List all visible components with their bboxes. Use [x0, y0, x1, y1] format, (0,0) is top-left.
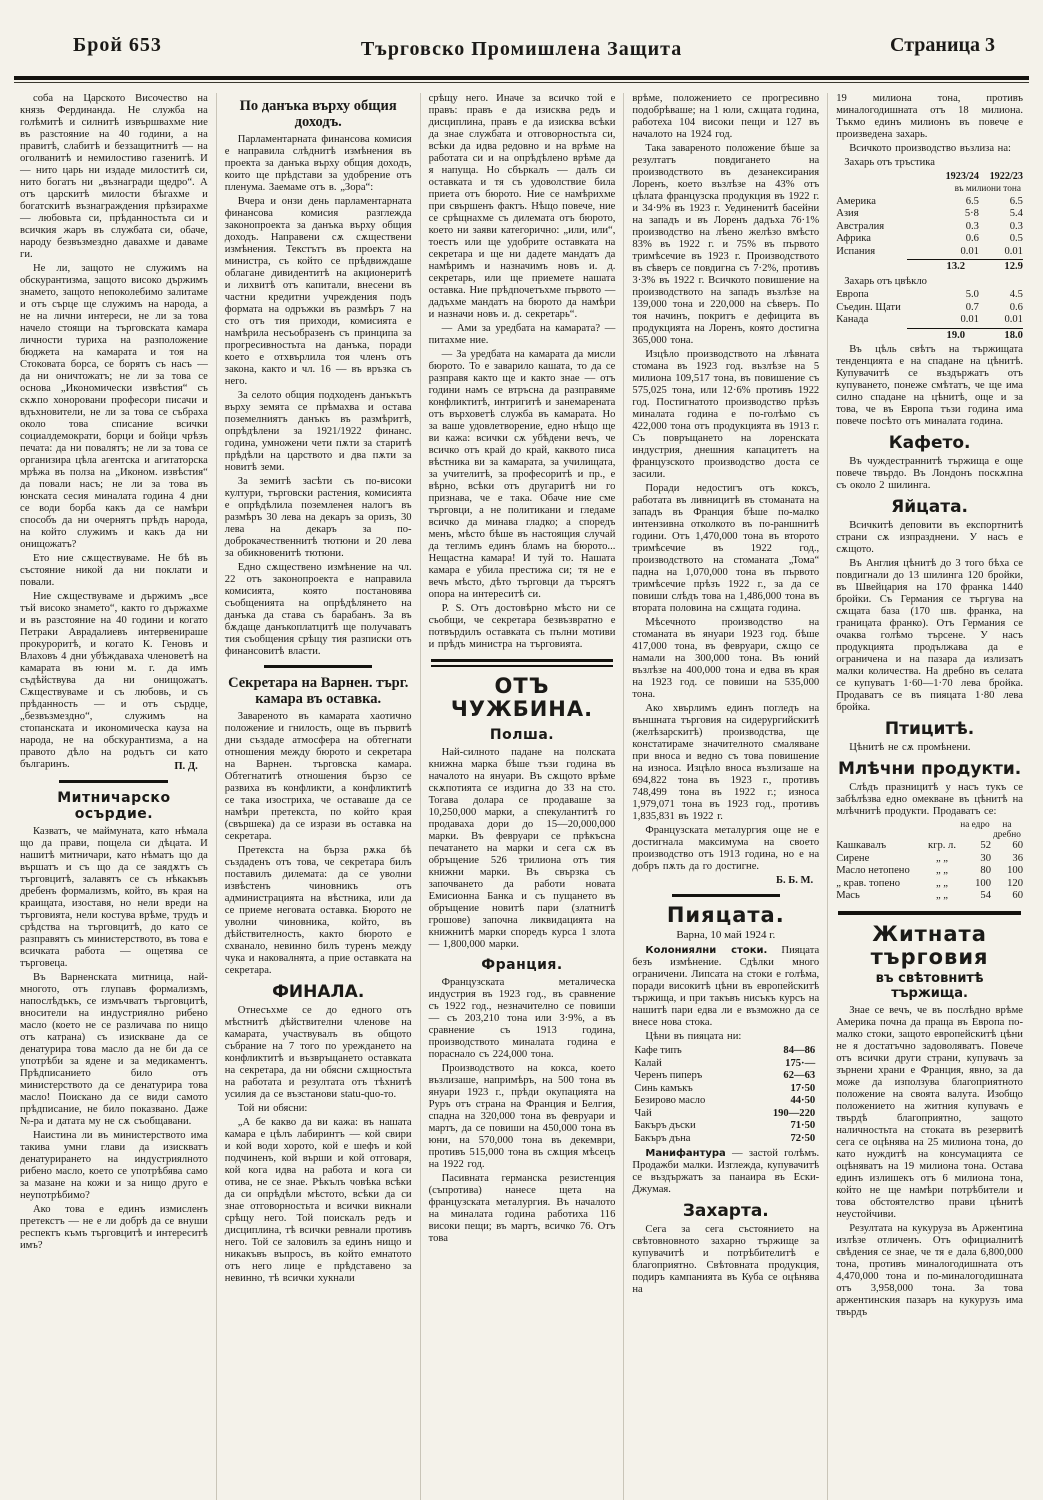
commodity-price: 175·—: [785, 1058, 815, 1071]
commodity-name: Безирово масло: [634, 1095, 705, 1108]
table-row: Африка0.60.5: [836, 233, 1023, 246]
product-name: Масло нетопено: [836, 865, 925, 878]
commodity-name: Бакъръ дъна: [634, 1133, 690, 1146]
value: 0.6: [935, 233, 979, 246]
value: 6.5: [979, 196, 1023, 209]
table-row: Америка6.56.5: [836, 196, 1023, 209]
table-row: „ крав. топено„ „100120: [836, 878, 1023, 891]
paragraph-text: Пияцата безъ измѣнение. Сдѣлки много огр…: [632, 945, 819, 1028]
paragraph: Завареното въ камарата хаотично положени…: [225, 711, 412, 843]
unit: „ „: [925, 865, 959, 878]
paragraph: Всичкото производство възлиза на:: [836, 143, 1023, 155]
table-row: Испания0.010.01: [836, 246, 1023, 259]
table-row: Европа5.04.5: [836, 289, 1023, 302]
subheading-france: Франция.: [429, 957, 616, 973]
subheading-dairy: Млѣчни продукти.: [836, 760, 1023, 779]
paragraph: Производството на кокса, което възлизаше…: [429, 1063, 616, 1171]
article-heading-income-tax: По данъка върху общия доходъ.: [225, 98, 412, 130]
commodity-name: Черенъ пиперъ: [634, 1070, 702, 1083]
paragraph: Ако хвърлимъ единъ погледъ на външната т…: [632, 703, 819, 823]
value: 5·8: [935, 208, 979, 221]
price-row: Чай190—220: [632, 1108, 819, 1121]
value: 52: [959, 840, 991, 853]
price-list-label: Цѣни въ пияцата ни:: [632, 1031, 819, 1043]
article-divider-double-rule: [431, 659, 614, 667]
table-row: Мась„ „5460: [836, 890, 1023, 903]
commodity-price: 84—86: [783, 1045, 815, 1058]
price-row: Калай175·—: [632, 1058, 819, 1071]
value: 0.5: [979, 233, 1023, 246]
dateline: Варна, 10 май 1924 г.: [632, 929, 819, 941]
paragraph: Ако това е единъ измисленъ претекстъ — н…: [20, 1204, 208, 1252]
paragraph: Претекста на бърза рѫка бѣ създаденъ отъ…: [225, 845, 412, 977]
paragraph: P. S. Отъ достовѣрно мѣсто ни се съобщи,…: [429, 603, 616, 651]
article-divider-thick-rule: [838, 911, 1021, 915]
paragraph-colonial-goods: Колониялни стоки. Пияцата безъ измѣнение…: [632, 945, 819, 1029]
section-divider: [59, 780, 168, 783]
commodity-name: Бакъръ дъски: [634, 1120, 695, 1133]
newspaper-title: Търговско Промишлена Защита: [18, 38, 1025, 61]
product-name: „ крав. топено: [836, 878, 925, 891]
table-row: Австралия0.30.3: [836, 221, 1023, 234]
total-value: 19.0: [907, 330, 965, 343]
paragraph: Ето ние сѫществуваме. Не бѣ въ състояние…: [20, 553, 208, 589]
paragraph: Цѣнитѣ не сѫ промѣнени.: [836, 742, 1023, 754]
table-row: Съедин. Щати0.70.6: [836, 302, 1023, 315]
author-signature: Б. Б. М.: [632, 875, 819, 887]
paragraph: Казватъ, че маймуната, като нѣмала що да…: [20, 826, 208, 970]
total-value: 12.9: [965, 261, 1023, 274]
paragraph: Парламентарната финансова комисия е напр…: [225, 134, 412, 194]
table-row: Канада0.010.01: [836, 314, 1023, 327]
column-2: По данъка върху общия доходъ. Парламента…: [216, 93, 420, 1500]
price-row: Кафе типъ84—86: [632, 1045, 819, 1058]
paragraph: „А бе какво да ви кажа: въ нашата камара…: [225, 1117, 412, 1285]
paragraph: Не ли, защото не служимъ на обскурантизм…: [20, 263, 208, 551]
paragraph: Наистина ли въ министерството има такива…: [20, 1130, 208, 1202]
region-name: Америка: [836, 196, 935, 209]
price-list: Кафе типъ84—86 Калай175·— Черенъ пиперъ6…: [632, 1045, 819, 1145]
spacer: [836, 171, 935, 184]
paragraph: Пасивната германска резистенция (съпроти…: [429, 1173, 616, 1245]
sugar-cane-production-table: Захарь отъ тръстика 1923/24 1922/23 въ м…: [836, 157, 1023, 274]
column-4: врѣме, положението се прогресивно подобр…: [623, 93, 827, 1500]
paragraph: За селото общия подходенъ данъкътъ върху…: [225, 390, 412, 474]
subheading-poultry: Птицитѣ.: [836, 720, 1023, 739]
total-value: 13.2: [907, 261, 965, 274]
price-row: Безирово масло44·50: [632, 1095, 819, 1108]
newspaper-page: Брой 653 Търговско Промишлена Защита Стр…: [0, 0, 1043, 1500]
paragraph: Поради недостигъ отъ коксъ, работата въ …: [632, 483, 819, 615]
column-1: соба на Царското Височество на князь Фер…: [12, 93, 216, 1500]
table-unit-note: въ милиони тона: [836, 183, 1023, 196]
paragraph: Слѣдъ празницитѣ у насъ тукъ се забѣлѣзв…: [836, 782, 1023, 818]
value: 100: [959, 878, 991, 891]
paragraph-manufactured-goods: Манифантура — застой голѣмъ. Продажби ма…: [632, 1148, 819, 1196]
paragraph: Вчера и онзи день парламентарната финанс…: [225, 196, 412, 388]
section-divider: [672, 894, 780, 897]
table-total-row: 19.018.0: [907, 328, 1023, 343]
paragraph: Въ Варненската митница, най-многото, отъ…: [20, 972, 208, 1128]
value: 6.5: [935, 196, 979, 209]
paragraph: срѣщу него. Иначе за всичко той е правъ:…: [429, 93, 616, 321]
masthead-rule: [14, 76, 1029, 83]
paragraph: За земитѣ засѣти съ по-високи култури, т…: [225, 476, 412, 560]
paragraph: Французската металургия още не е достигн…: [632, 825, 819, 873]
value: 0.3: [979, 221, 1023, 234]
table-row: Масло нетопено„ „80100: [836, 865, 1023, 878]
paragraph: Така завареното положение бѣше за резулт…: [632, 143, 819, 347]
value: 36: [991, 853, 1023, 866]
value: 60: [991, 840, 1023, 853]
paragraph: Едно сѫществено измѣнение на чл. 22 отъ …: [225, 562, 412, 658]
unit: „ „: [925, 878, 959, 891]
column-3: срѣщу него. Иначе за всичко той е правъ:…: [420, 93, 624, 1500]
section-heading-abroad: ОТЪ ЧУЖБИНА.: [429, 675, 616, 721]
value: 30: [959, 853, 991, 866]
commodity-price: 44·50: [790, 1095, 815, 1108]
year-column-header: 1923/24: [935, 171, 979, 184]
value: 0.01: [979, 246, 1023, 259]
masthead: Брой 653 Търговско Промишлена Защита Стр…: [18, 26, 1025, 72]
paragraph: Всичкитѣ деповити въ експортнитѣ страни …: [836, 520, 1023, 556]
value: 54: [959, 890, 991, 903]
unit: „ „: [925, 853, 959, 866]
section-subheading-grain-trade: въ свѣтовнитѣ тържища.: [836, 971, 1023, 1001]
value: 0.01: [935, 314, 979, 327]
column-header-wholesale: на едро: [959, 820, 991, 840]
paragraph: Отнесъхме се до едного отъ мѣстнитѣ дѣйс…: [225, 1005, 412, 1101]
commodity-name: Кафе типъ: [634, 1045, 681, 1058]
table-total-row: 13.212.9: [907, 259, 1023, 274]
paragraph: — За уредбата на камарата да мисли бюрот…: [429, 349, 616, 601]
unit: „ „: [925, 890, 959, 903]
table-row: Кашкавалъкгр. л.5260: [836, 840, 1023, 853]
sugar-beet-production-table: Захарь отъ цвѣкло Европа5.04.5 Съедин. Щ…: [836, 276, 1023, 343]
table-header: 1923/24 1922/23: [836, 171, 1023, 184]
value: 80: [959, 865, 991, 878]
total-value: 18.0: [965, 330, 1023, 343]
commodity-price: 72·50: [790, 1133, 815, 1146]
product-name: Мась: [836, 890, 925, 903]
paragraph-lead: Колониялни стоки.: [645, 945, 767, 956]
commodity-name: Синь камъкъ: [634, 1083, 692, 1096]
paragraph: Знае се вечъ, че въ послѣдно врѣме Амери…: [836, 1005, 1023, 1221]
paragraph: Изцѣло производството на лѣвната стомана…: [632, 349, 819, 481]
value: 120: [991, 878, 1023, 891]
page-number: Страница 3: [890, 34, 995, 57]
region-name: Съедин. Щати: [836, 302, 935, 315]
value: 100: [991, 865, 1023, 878]
commodity-name: Чай: [634, 1108, 651, 1121]
section-divider: [264, 665, 372, 668]
commodity-price: 71·50: [790, 1120, 815, 1133]
article-heading-finale: ФИНАЛА.: [225, 983, 412, 1002]
paragraph: врѣме, положението се прогресивно подобр…: [632, 93, 819, 141]
unit: кгр. л.: [925, 840, 959, 853]
region-name: Австралия: [836, 221, 935, 234]
paragraph: Французската металическа индустрия въ 19…: [429, 977, 616, 1061]
subheading-eggs: Яйцата.: [836, 498, 1023, 517]
product-name: Сирене: [836, 853, 925, 866]
paragraph: 19 милиона тона, противъ миналогодишната…: [836, 93, 1023, 141]
article-heading-customs: Митничарско осърдие.: [20, 790, 208, 822]
table-header: на едро на дребно: [836, 820, 1023, 840]
paragraph: Въ Англия цѣнитѣ до 3 того бѣха се повди…: [836, 558, 1023, 714]
paragraph: Ние сѫществуваме и държимъ „все тъй висо…: [20, 591, 208, 771]
column-header-retail: на дребно: [991, 820, 1023, 840]
region-name: Азия: [836, 208, 935, 221]
value: 0.6: [979, 302, 1023, 315]
value: 0.3: [935, 221, 979, 234]
value: 5.0: [935, 289, 979, 302]
subheading-coffee: Кафето.: [836, 434, 1023, 453]
subheading-sugar: Захарта.: [632, 1202, 819, 1221]
value: 0.01: [935, 246, 979, 259]
value: 5.4: [979, 208, 1023, 221]
commodity-name: Калай: [634, 1058, 661, 1071]
table-row: Сирене„ „3036: [836, 853, 1023, 866]
paragraph: Въ чуждестраннитѣ тържища е още повече т…: [836, 456, 1023, 492]
column-5: 19 милиона тона, противъ миналогодишната…: [827, 93, 1031, 1500]
year-column-header: 1922/23: [979, 171, 1023, 184]
paragraph: Най-силното падане на полската книжна ма…: [429, 747, 616, 951]
commodity-price: 190—220: [773, 1108, 815, 1121]
paragraph: Мѣсечното производство на стоманата въ я…: [632, 617, 819, 701]
dairy-price-table: на едро на дребно Кашкавалъкгр. л.5260 С…: [836, 820, 1023, 903]
price-row: Синь камъкъ17·50: [632, 1083, 819, 1096]
region-name: Африка: [836, 233, 935, 246]
commodity-price: 17·50: [790, 1083, 815, 1096]
value: 60: [991, 890, 1023, 903]
article-heading-secretary: Секретара на Варнен. търг. камара въ ост…: [225, 675, 412, 707]
table-label: Захарь отъ тръстика: [836, 157, 1023, 170]
region-name: Испания: [836, 246, 935, 259]
paragraph: Резултата на кукуруза въ Аржентина излѣз…: [836, 1223, 1023, 1319]
table-row: Азия5·85.4: [836, 208, 1023, 221]
region-name: Европа: [836, 289, 935, 302]
section-heading-grain-trade: Житната търговия: [836, 923, 1023, 969]
value: 0.01: [979, 314, 1023, 327]
product-name: Кашкавалъ: [836, 840, 925, 853]
paragraph: соба на Царското Височество на князь Фер…: [20, 93, 208, 261]
price-row: Черенъ пиперъ62—63: [632, 1070, 819, 1083]
paragraph: — Ами за уредбата на камарата? — питахме…: [429, 323, 616, 347]
value: 0.7: [935, 302, 979, 315]
columns-area: соба на Царското Височество на князь Фер…: [0, 83, 1043, 1500]
table-label: Захарь отъ цвѣкло: [836, 276, 1023, 289]
paragraph-lead: Манифантура: [645, 1148, 725, 1159]
subheading-poland: Полша.: [429, 727, 616, 743]
value: 4.5: [979, 289, 1023, 302]
price-row: Бакъръ дъски71·50: [632, 1120, 819, 1133]
paragraph: Сега за сега състоянието на свѣтовновнот…: [632, 1224, 819, 1296]
paragraph: Въ цѣль свѣтъ на тържищата тенденцията е…: [836, 344, 1023, 428]
price-row: Бакъръ дъна72·50: [632, 1133, 819, 1146]
region-name: Канада: [836, 314, 935, 327]
section-heading-market: Пияцата.: [632, 904, 819, 927]
paragraph: Той ни обясни:: [225, 1103, 412, 1115]
commodity-price: 62—63: [783, 1070, 815, 1083]
